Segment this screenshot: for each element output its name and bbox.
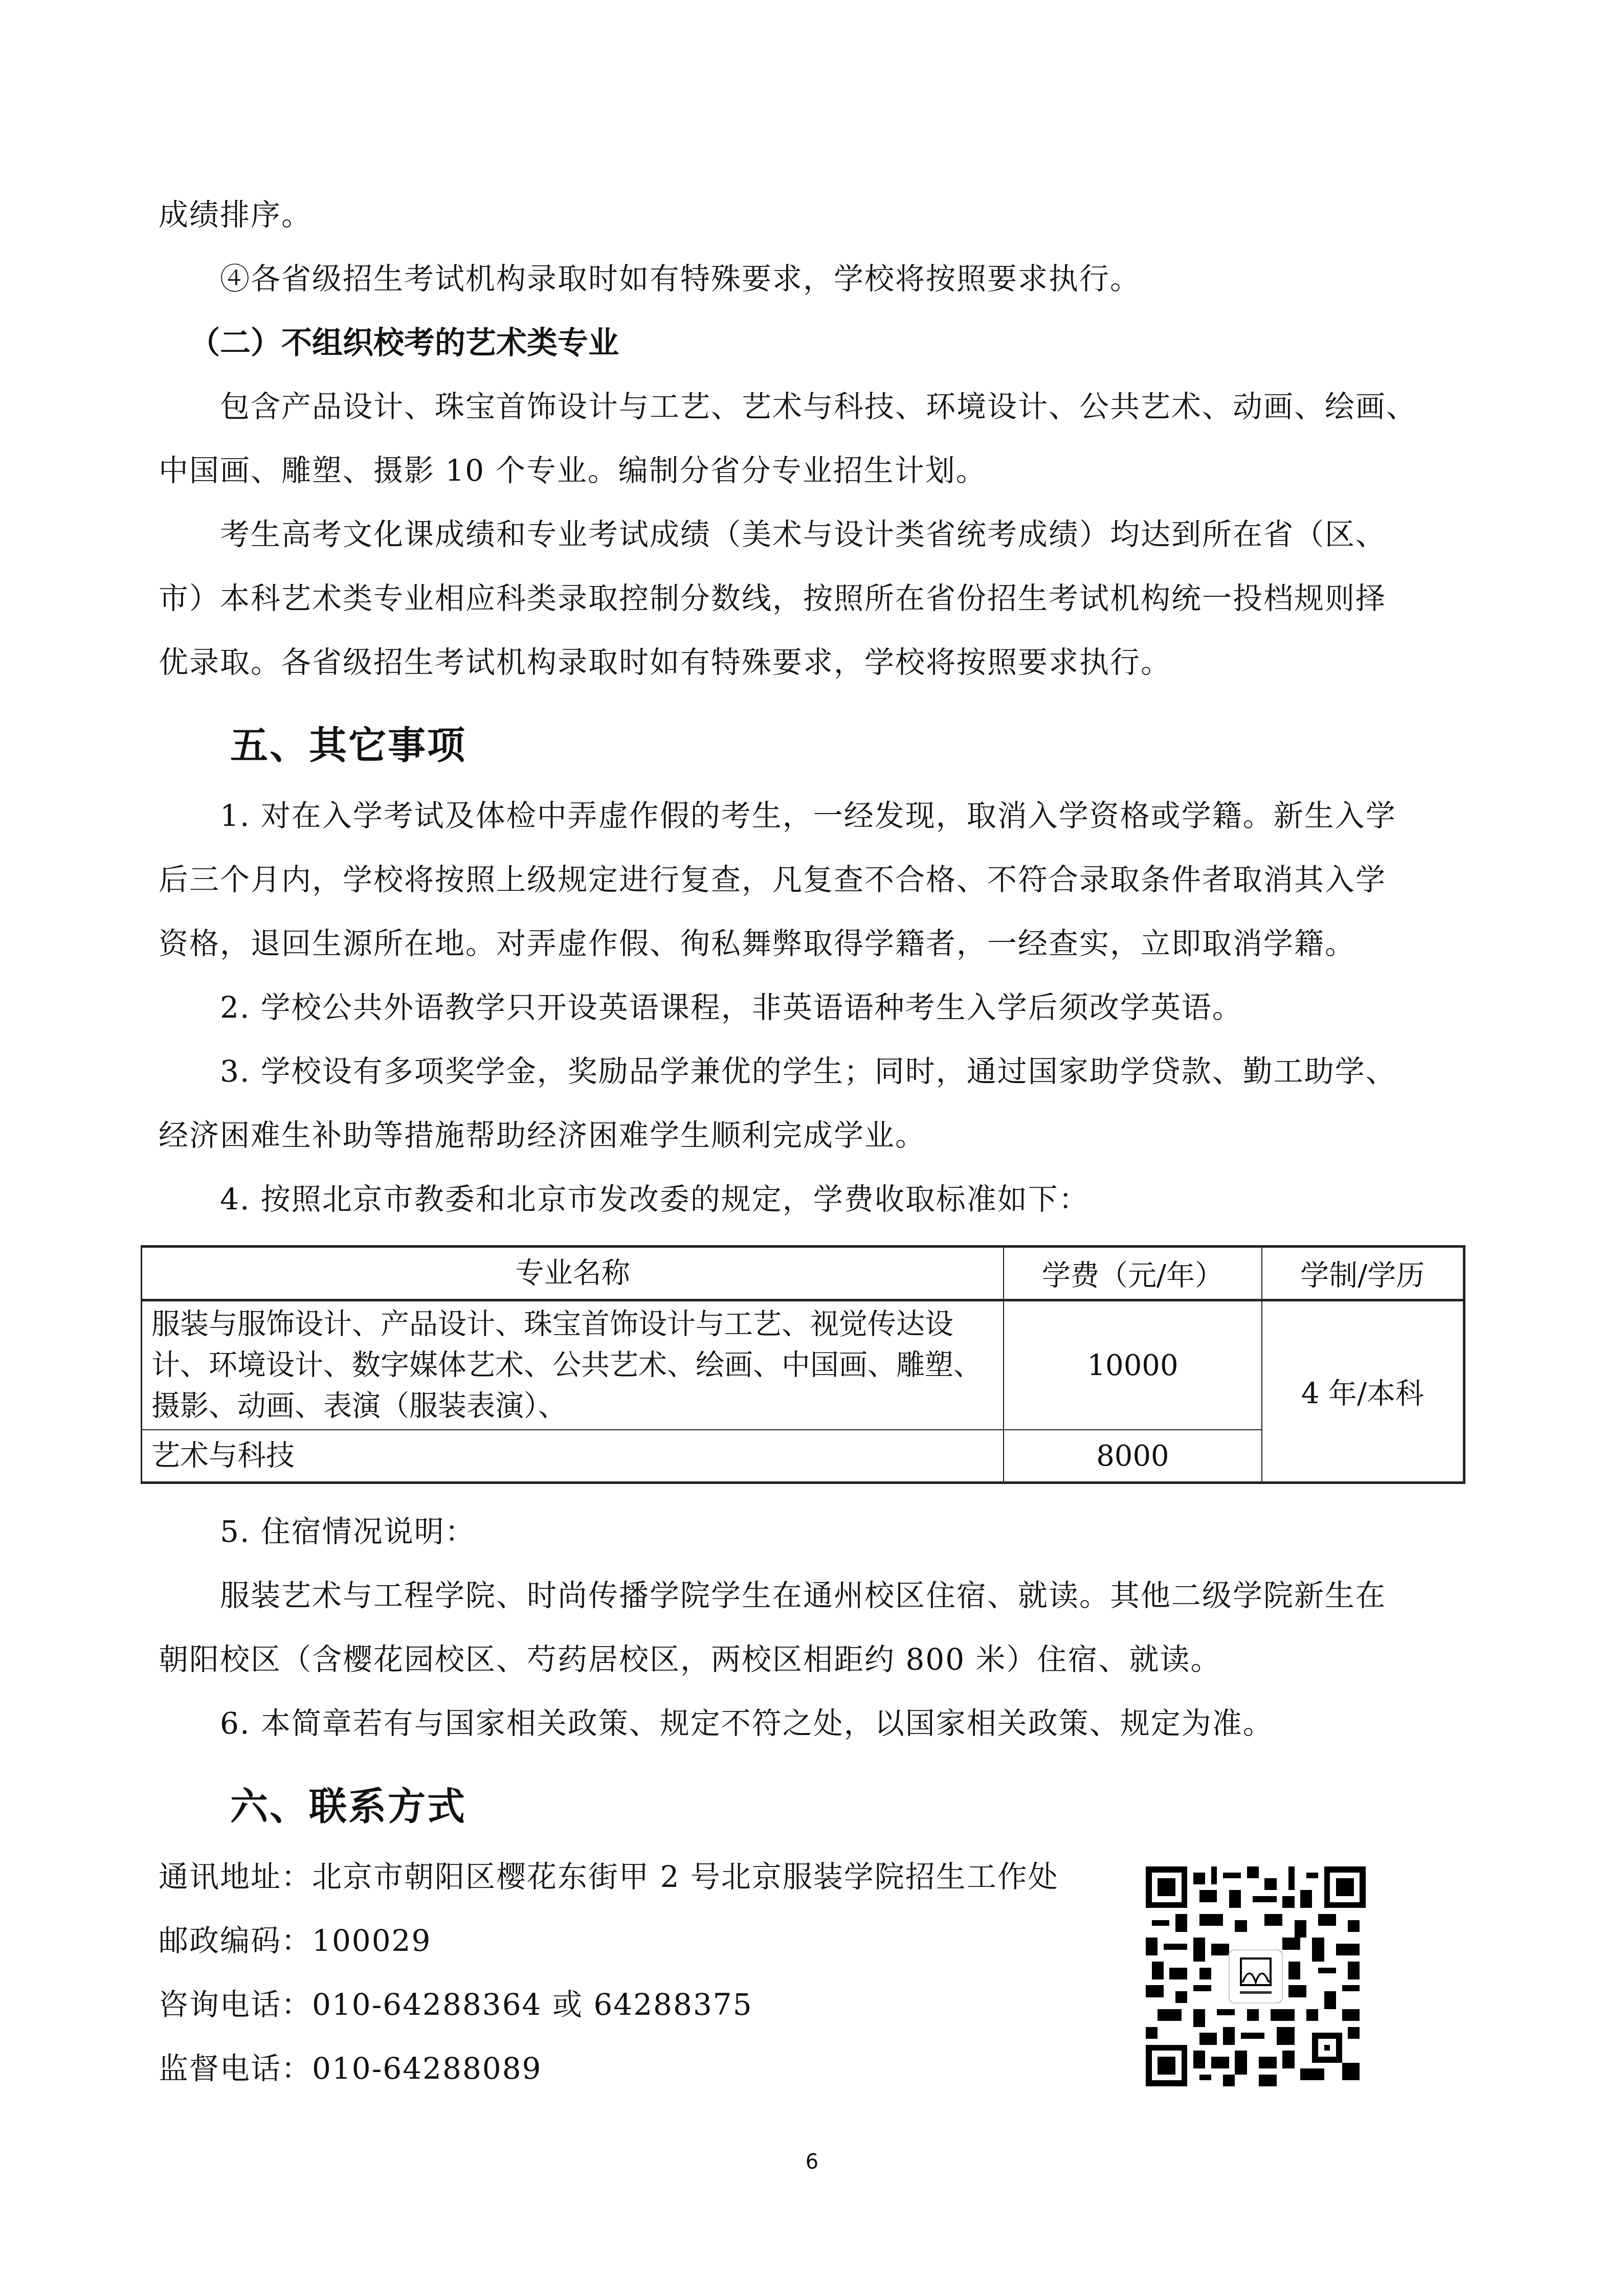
paragraph-line: 后三个月内，学校将按照上级规定进行复查，凡复查不合格、不符合录取条件者取消其入学 (159, 862, 1478, 897)
duration-cell: 4 年/本科 (1262, 1300, 1464, 1483)
continued-text: 成绩排序。 (159, 197, 1478, 233)
page-number: 6 (0, 2150, 1624, 2174)
table-row: 服装与服饰设计、产品设计、珠宝首饰设计与工艺、视觉传达设计、环境设计、数字媒体艺… (142, 1300, 1464, 1430)
paragraph-line: 考生高考文化课成绩和专业考试成绩（美术与设计类省统考成绩）均达到所在省（区、 (220, 516, 1540, 552)
paragraph-line: 优录取。各省级招生考试机构录取时如有特殊要求，学校将按照要求执行。 (159, 644, 1478, 680)
major-names-cell: 艺术与科技 (142, 1430, 1004, 1483)
tuition-cell: 10000 (1004, 1300, 1261, 1430)
fee-table: 专业名称 学费（元/年） 学制/学历 服装与服饰设计、产品设计、珠宝首饰设计与工… (141, 1245, 1465, 1484)
paragraph-line: 包含产品设计、珠宝首饰设计与工艺、艺术与科技、环境设计、公共艺术、动画、绘画、 (220, 389, 1540, 424)
paragraph-line: 市）本科艺术类专业相应科类录取控制分数线，按照所在省份招生考试机构统一投档规则择 (159, 580, 1478, 616)
paragraph-line: 中国画、雕塑、摄影 10 个专业。编制分省分专业招生计划。 (159, 453, 1478, 488)
paragraph-line: 1. 对在入学考试及体检中弄虚作假的考生，一经发现，取消入学资格或学籍。新生入学 (220, 798, 1540, 834)
section-title: 五、其它事项 (230, 724, 466, 768)
item-4-circle: ④各省级招生考试机构录取时如有特殊要求，学校将按照要求执行。 (220, 261, 1540, 297)
paragraph-line: 朝阳校区（含樱花园校区、芍药居校区，两校区相距约 800 米）住宿、就读。 (159, 1641, 1478, 1677)
paragraph-line: 经济困难生补助等措施帮助经济困难学生顺利完成学业。 (159, 1117, 1478, 1153)
header-duration: 学制/学历 (1262, 1247, 1464, 1300)
header-tuition: 学费（元/年） (1004, 1247, 1261, 1300)
paragraph-line: 5. 住宿情况说明： (220, 1514, 1540, 1549)
paragraph-line: 资格，退回生源所在地。对弄虚作假、徇私舞弊取得学籍者，一经查实，立即取消学籍。 (159, 926, 1478, 961)
paragraph-line: 服装艺术与工程学院、时尚传播学院学生在通州校区住宿、就读。其他二级学院新生在 (220, 1578, 1540, 1613)
paragraph-line: 6. 本简章若有与国家相关政策、规定不符之处，以国家相关政策、规定为准。 (220, 1705, 1540, 1741)
paragraph-line: 3. 学校设有多项奖学金，奖励品学兼优的学生；同时，通过国家助学贷款、勤工助学、 (220, 1053, 1540, 1089)
paragraph-line: 4. 按照北京市教委和北京市发改委的规定，学费收取标准如下： (220, 1181, 1540, 1217)
subsection-title: （二）不组织校考的艺术类专业 (189, 325, 619, 362)
paragraph-line: 2. 学校公共外语教学只开设英语课程，非英语语种考生入学后须改学英语。 (220, 989, 1540, 1025)
qr-code-icon[interactable] (1146, 1866, 1366, 2086)
table-header-row: 专业名称 学费（元/年） 学制/学历 (142, 1247, 1464, 1300)
tuition-cell: 8000 (1004, 1430, 1261, 1483)
section-title: 六、联系方式 (230, 1785, 466, 1829)
major-names-cell: 服装与服饰设计、产品设计、珠宝首饰设计与工艺、视觉传达设计、环境设计、数字媒体艺… (142, 1300, 1004, 1430)
header-major-name: 专业名称 (142, 1247, 1004, 1300)
document-page: 成绩排序。 ④各省级招生考试机构录取时如有特殊要求，学校将按照要求执行。 （二）… (0, 0, 1624, 2296)
